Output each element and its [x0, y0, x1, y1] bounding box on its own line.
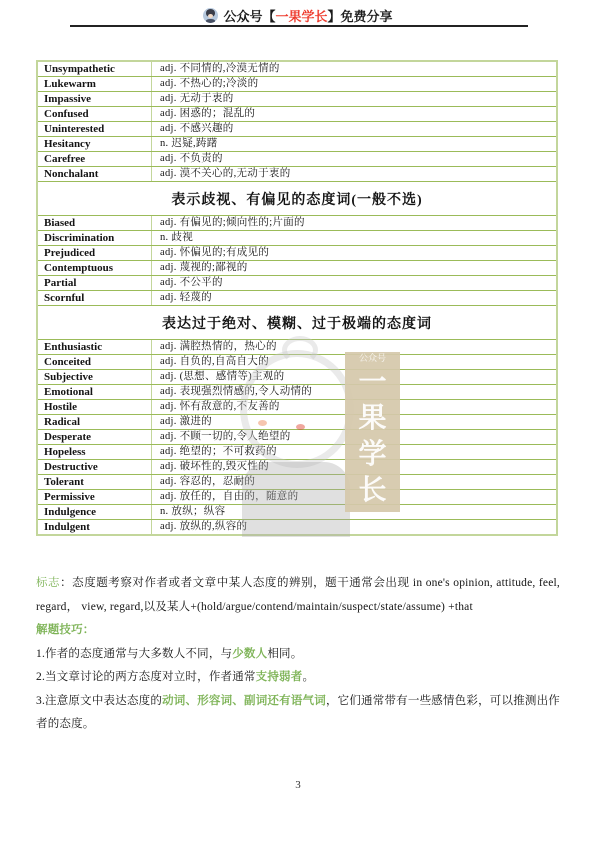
- word-cell: Tolerant: [37, 475, 152, 490]
- word-cell: Hopeless: [37, 445, 152, 460]
- definition-cell: adj. 轻蔑的: [152, 291, 558, 306]
- definition-cell: n. 歧视: [152, 231, 558, 246]
- table-row: Discriminationn. 歧视: [37, 231, 557, 246]
- definition-cell: adj. 不热心的;冷淡的: [152, 77, 558, 92]
- header-title-prefix: 公众号【: [223, 9, 275, 24]
- tips-heading: 解题技巧：: [36, 619, 560, 643]
- plain-text: 。: [302, 671, 314, 683]
- brand-avatar-icon: [203, 8, 218, 23]
- table-row: Biasedadj. 有偏见的;倾向性的;片面的: [37, 216, 557, 231]
- highlighted-text: 标志: [36, 577, 60, 589]
- table-row: Contemptuousadj. 蔑视的;鄙视的: [37, 261, 557, 276]
- tip-item: 1.作者的态度通常与大多数人不同，与少数人相同。: [36, 643, 560, 667]
- table-row: Indulgentadj. 放纵的,纵容的: [37, 520, 557, 536]
- table-row: Destructiveadj. 破坏性的,毁灭性的: [37, 460, 557, 475]
- table-row: Uninterestedadj. 不感兴趣的: [37, 122, 557, 137]
- section-title: 表达过于绝对、模糊、过于极端的态度词: [37, 306, 557, 340]
- tip-item: 2.当文章讨论的两方态度对立时，作者通常支持弱者。: [36, 666, 560, 690]
- definition-cell: adj. 无动于衷的: [152, 92, 558, 107]
- word-cell: Hostile: [37, 400, 152, 415]
- word-cell: Permissive: [37, 490, 152, 505]
- section-title-row: 表达过于绝对、模糊、过于极端的态度词: [37, 306, 557, 340]
- table-row: Conceitedadj. 自负的,自高自大的: [37, 355, 557, 370]
- word-cell: Biased: [37, 216, 152, 231]
- definition-cell: adj. 放任的，自由的，随意的: [152, 490, 558, 505]
- definition-cell: adj. 有偏见的;倾向性的;片面的: [152, 216, 558, 231]
- section-title-row: 表示歧视、有偏见的态度词(一般不选): [37, 182, 557, 216]
- table-row: Hopelessadj. 绝望的；不可救药的: [37, 445, 557, 460]
- definition-cell: adj. 不公平的: [152, 276, 558, 291]
- word-cell: Conceited: [37, 355, 152, 370]
- tip-item: 3.注意原文中表达态度的动词、形容词、副词还有语气词，它们通常带有一些感情色彩，…: [36, 690, 560, 737]
- table-row: Enthusiasticadj. 满腔热情的，热心的: [37, 340, 557, 355]
- plain-text: 3.注意原文中表达态度的: [36, 695, 162, 707]
- word-cell: Destructive: [37, 460, 152, 475]
- word-cell: Partial: [37, 276, 152, 291]
- word-cell: Hesitancy: [37, 137, 152, 152]
- word-cell: Impassive: [37, 92, 152, 107]
- word-cell: Enthusiastic: [37, 340, 152, 355]
- avatar-face: [208, 14, 213, 18]
- definition-cell: adj. 不顾一切的,令人绝望的: [152, 430, 558, 445]
- definition-cell: adj. 自负的,自高自大的: [152, 355, 558, 370]
- table-row: Subjectiveadj. (思想、感情等)主观的: [37, 370, 557, 385]
- table-row: Prejudicedadj. 怀偏见的;有成见的: [37, 246, 557, 261]
- definition-cell: adj. 绝望的；不可救药的: [152, 445, 558, 460]
- notes-section: 标志：态度题考察对作者或者文章中某人态度的辨别，题干通常会出现 in one's…: [36, 572, 560, 737]
- vocab-table: Unsympatheticadj. 不同情的,冷漠无情的Lukewarmadj.…: [36, 60, 558, 536]
- definition-cell: adj. 满腔热情的，热心的: [152, 340, 558, 355]
- table-row: Tolerantadj. 容忍的，忍耐的: [37, 475, 557, 490]
- word-cell: Carefree: [37, 152, 152, 167]
- definition-cell: adj. 不同情的,冷漠无情的: [152, 61, 558, 77]
- word-cell: Subjective: [37, 370, 152, 385]
- word-cell: Prejudiced: [37, 246, 152, 261]
- table-row: Confusedadj. 困惑的；混乱的: [37, 107, 557, 122]
- definition-cell: adj. 表现强烈情感的,令人动情的: [152, 385, 558, 400]
- word-cell: Contemptuous: [37, 261, 152, 276]
- header-brand-name: 一果学长: [275, 9, 327, 24]
- word-cell: Discrimination: [37, 231, 152, 246]
- plain-text: 相同。: [267, 648, 302, 660]
- definition-cell: n. 放纵；纵容: [152, 505, 558, 520]
- word-cell: Confused: [37, 107, 152, 122]
- definition-cell: adj. (思想、感情等)主观的: [152, 370, 558, 385]
- table-row: Indulgencen. 放纵；纵容: [37, 505, 557, 520]
- table-row: Unsympatheticadj. 不同情的,冷漠无情的: [37, 61, 557, 77]
- header-title: 公众号【一果学长】免费分享: [223, 6, 392, 25]
- highlighted-text: 支持弱者: [256, 671, 303, 683]
- plain-text: 1.作者的态度通常与大多数人不同，与: [36, 648, 232, 660]
- table-row: Carefreeadj. 不负责的: [37, 152, 557, 167]
- word-cell: Emotional: [37, 385, 152, 400]
- avatar-torso: [206, 19, 215, 23]
- section-title: 表示歧视、有偏见的态度词(一般不选): [37, 182, 557, 216]
- definition-cell: adj. 怀有敌意的,不友善的: [152, 400, 558, 415]
- definition-cell: adj. 放纵的,纵容的: [152, 520, 558, 536]
- table-row: Lukewarmadj. 不热心的;冷淡的: [37, 77, 557, 92]
- table-row: Impassiveadj. 无动于衷的: [37, 92, 557, 107]
- definition-cell: adj. 困惑的；混乱的: [152, 107, 558, 122]
- definition-cell: adj. 不负责的: [152, 152, 558, 167]
- page-number: 3: [0, 779, 596, 791]
- table-row: Partialadj. 不公平的: [37, 276, 557, 291]
- definition-cell: n. 迟疑,踌躇: [152, 137, 558, 152]
- definition-cell: adj. 蔑视的;鄙视的: [152, 261, 558, 276]
- highlighted-text: 少数人: [232, 648, 267, 660]
- word-cell: Desperate: [37, 430, 152, 445]
- definition-cell: adj. 激进的: [152, 415, 558, 430]
- document-page: 公众号【一果学长】免费分享 Unsympatheticadj. 不同情的,冷漠无…: [0, 0, 596, 842]
- table-row: Emotionaladj. 表现强烈情感的,令人动情的: [37, 385, 557, 400]
- word-cell: Scornful: [37, 291, 152, 306]
- definition-cell: adj. 不感兴趣的: [152, 122, 558, 137]
- highlighted-text: 动词、形容词、副词还有语气词: [162, 695, 326, 707]
- word-cell: Nonchalant: [37, 167, 152, 182]
- word-cell: Indulgent: [37, 520, 152, 536]
- plain-text: ：态度题考察对作者或者文章中某人态度的辨别，题干通常会出现 in one's o…: [36, 577, 560, 613]
- word-cell: Indulgence: [37, 505, 152, 520]
- definition-cell: adj. 容忍的，忍耐的: [152, 475, 558, 490]
- header-title-suffix: 】免费分享: [328, 9, 393, 24]
- table-row: Desperateadj. 不顾一切的,令人绝望的: [37, 430, 557, 445]
- table-row: Permissiveadj. 放任的，自由的，随意的: [37, 490, 557, 505]
- table-row: Hostileadj. 怀有敌意的,不友善的: [37, 400, 557, 415]
- definition-cell: adj. 破坏性的,毁灭性的: [152, 460, 558, 475]
- word-cell: Lukewarm: [37, 77, 152, 92]
- table-row: Hesitancyn. 迟疑,踌躇: [37, 137, 557, 152]
- sign-paragraph: 标志：态度题考察对作者或者文章中某人态度的辨别，题干通常会出现 in one's…: [36, 572, 560, 619]
- table-row: Nonchalantadj. 漠不关心的,无动于衷的: [37, 167, 557, 182]
- word-cell: Uninterested: [37, 122, 152, 137]
- plain-text: 2.当文章讨论的两方态度对立时，作者通常: [36, 671, 256, 683]
- definition-cell: adj. 漠不关心的,无动于衷的: [152, 167, 558, 182]
- page-header: 公众号【一果学长】免费分享: [0, 6, 596, 25]
- table-row: Radicaladj. 激进的: [37, 415, 557, 430]
- word-cell: Radical: [37, 415, 152, 430]
- definition-cell: adj. 怀偏见的;有成见的: [152, 246, 558, 261]
- table-row: Scornfuladj. 轻蔑的: [37, 291, 557, 306]
- word-cell: Unsympathetic: [37, 61, 152, 77]
- header-divider: [70, 25, 528, 27]
